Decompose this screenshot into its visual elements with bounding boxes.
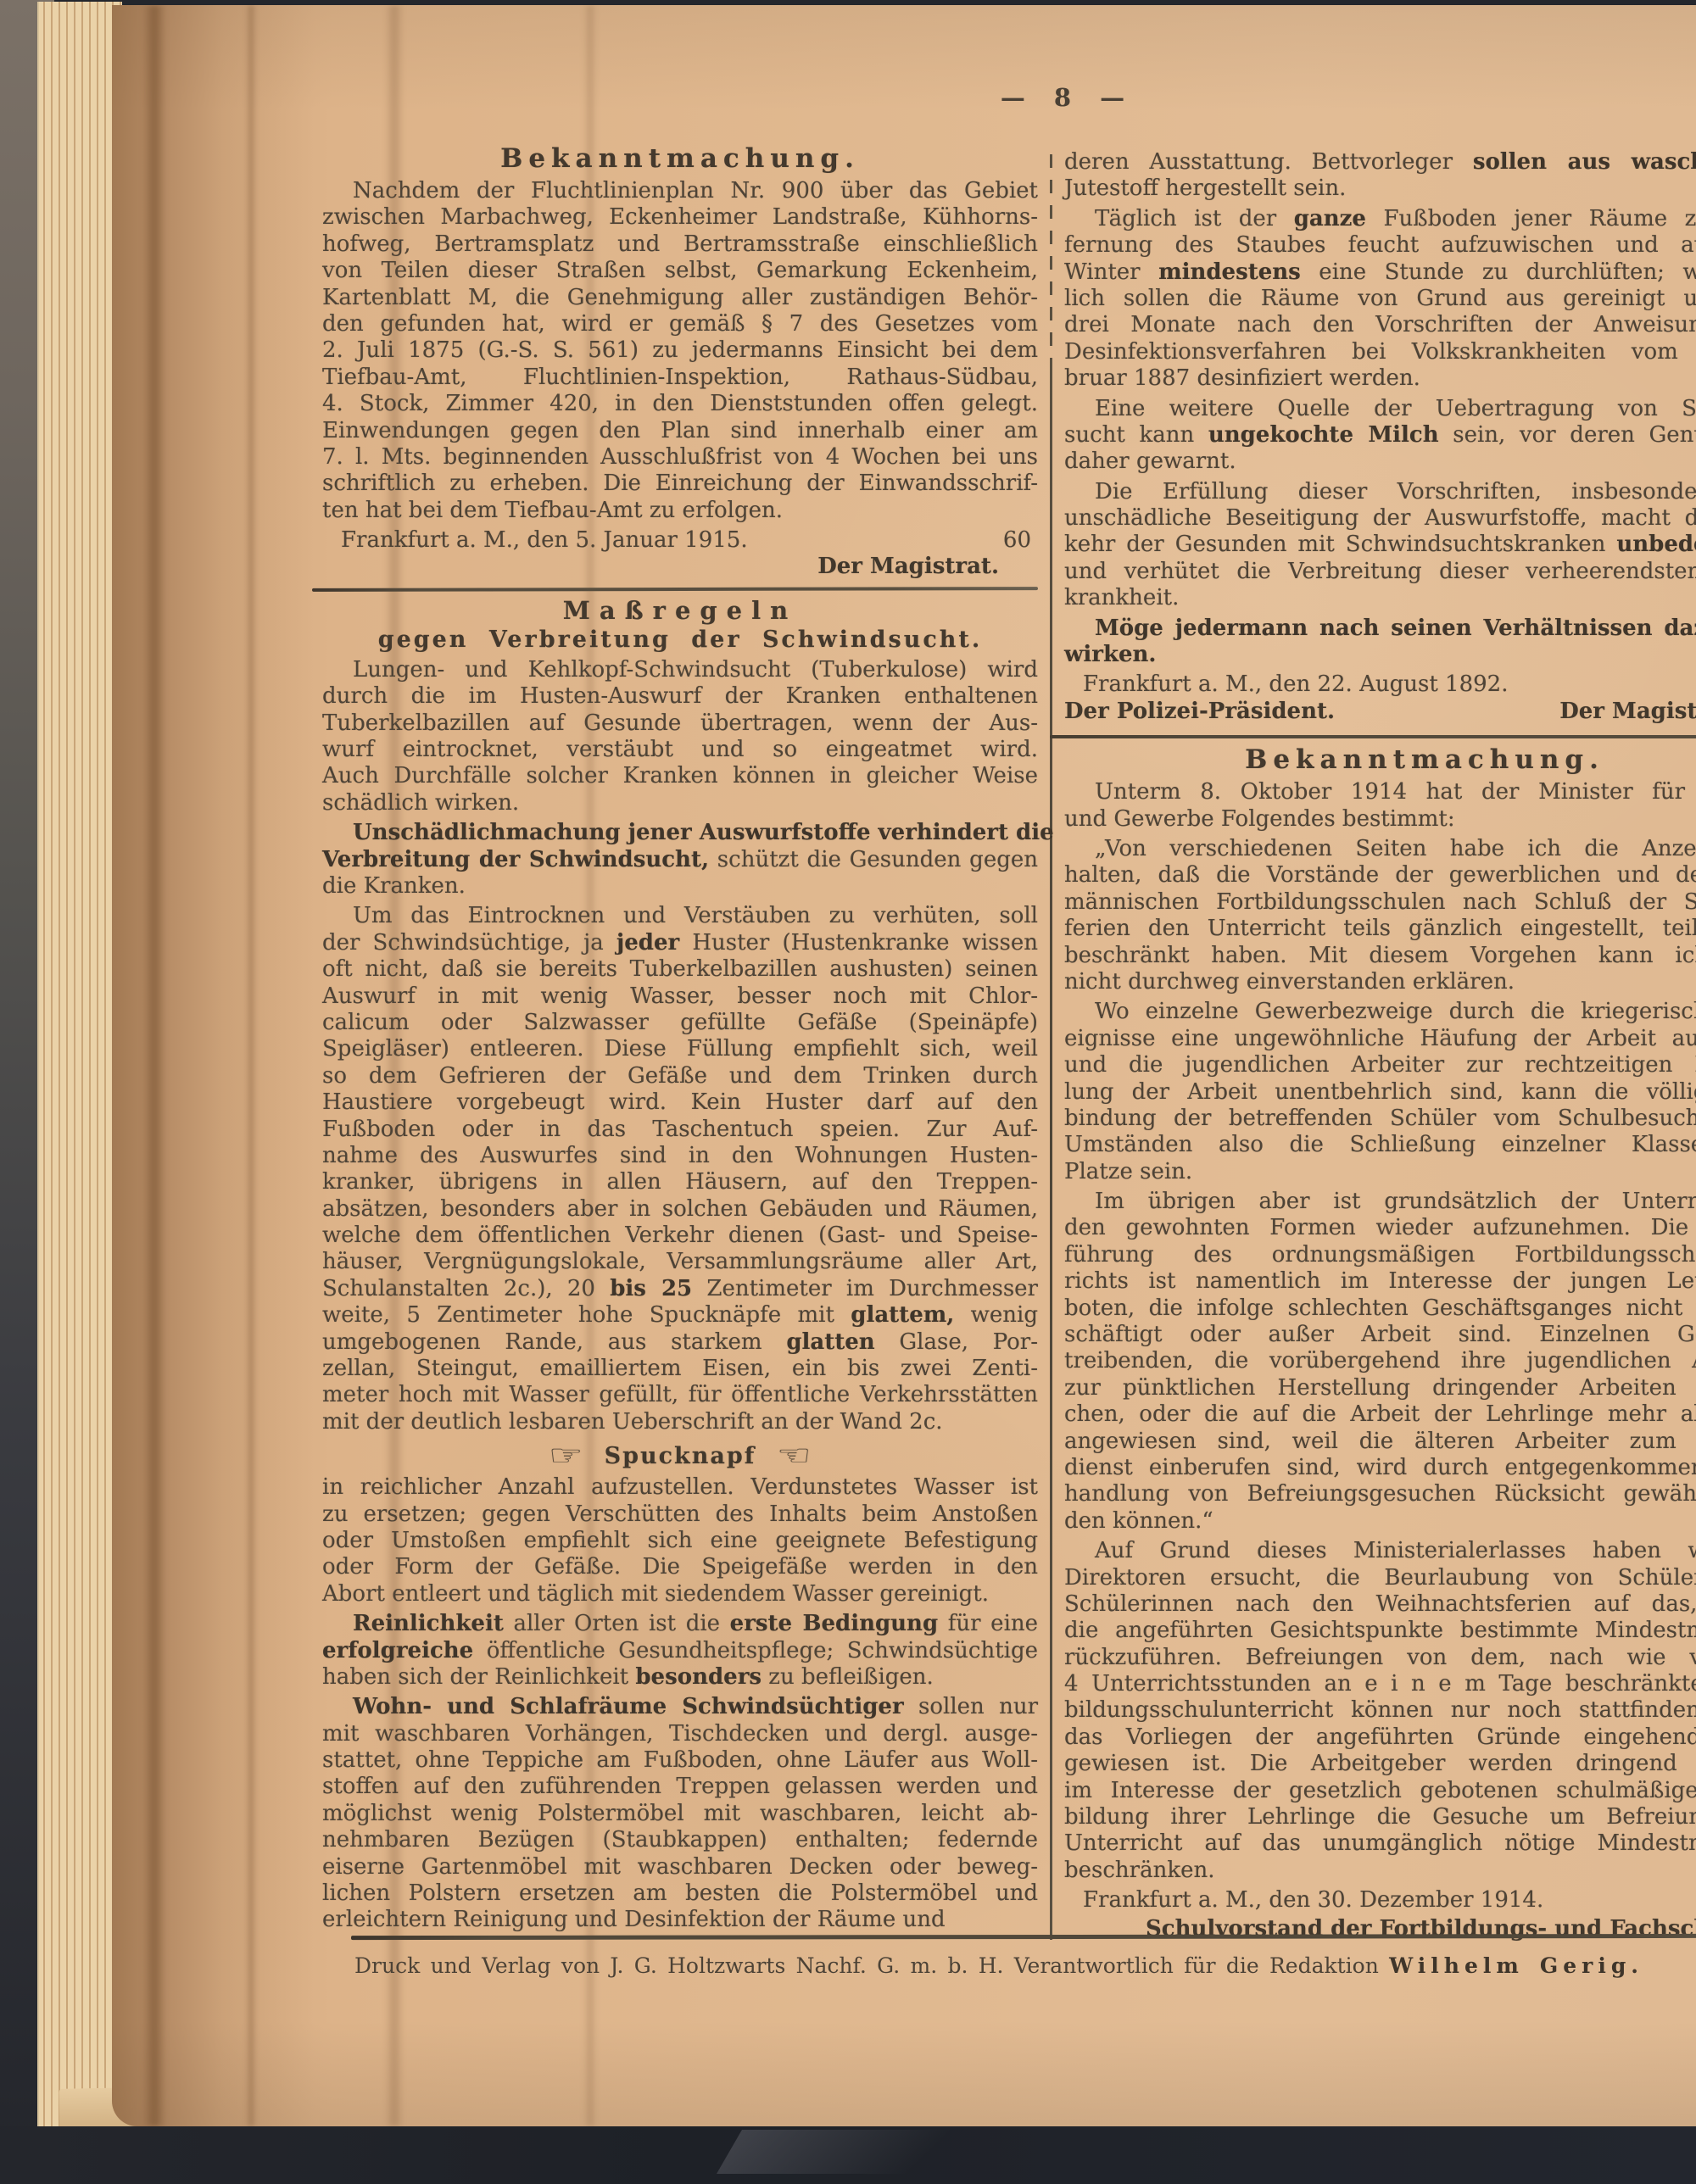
article2-paragraph-1: Lungen- und Kehlkopf-Schwindsucht (Tuber… bbox=[322, 657, 1038, 816]
right-dateline-2-text: Frankfurt a. M., den 30. Dezember 1914. bbox=[1083, 1887, 1543, 1914]
article2-paragraph-6: Wohn- und Schlafräume Schwindsüchtiger s… bbox=[322, 1694, 1038, 1934]
page-number-dash-right: — bbox=[1100, 83, 1124, 112]
column-divider bbox=[1050, 358, 1052, 1940]
manicule-left-icon: ☜ bbox=[777, 1439, 812, 1473]
article2-heading-line1: Maßregeln bbox=[322, 596, 1038, 625]
imprint-line: Druck und Verlag von J. G. Holtzwarts Na… bbox=[354, 1952, 1643, 1981]
right-signature-row: Der Polizei-Präsident. Der Magistrat. bbox=[1064, 699, 1696, 725]
article2-paragraph-4: in reichlicher Anzahl aufzustellen. Verd… bbox=[322, 1474, 1038, 1607]
scanned-book-page: { "colors":{"paper":"#ddb389","ink":"#4e… bbox=[0, 0, 1696, 2184]
newspaper-page: — 8 — Bekanntmachung. Nachdem der Flucht… bbox=[112, 5, 1696, 2126]
page-number: — 8 — bbox=[957, 83, 1169, 112]
police-president-signature: Der Polizei-Präsident. bbox=[1064, 699, 1335, 725]
page-number-value: 8 bbox=[1054, 83, 1071, 112]
article2-paragraph-3: Um das Eintrocknen und Verstäuben zu ver… bbox=[322, 903, 1038, 1435]
gutter-streak bbox=[246, 5, 256, 2126]
page-number-dash-left: — bbox=[1001, 83, 1025, 112]
article2-paragraph-2: Unschädlichmachung jener Auswurfstoffe v… bbox=[322, 820, 1038, 900]
right-paragraph-4: Die Erfüllung dieser Vorschriften, insbe… bbox=[1064, 479, 1696, 612]
right-paragraph-11: Im übrigen aber ist grundsätzlich der Un… bbox=[1064, 1189, 1696, 1535]
article1-dateline-row: Frankfurt a. M., den 5. Januar 1915. 60 bbox=[322, 527, 1038, 554]
article2-paragraph-5: Reinlichkeit aller Orten ist die erste B… bbox=[322, 1611, 1038, 1691]
right-paragraph-3: Eine weitere Quelle der Uebertragung von… bbox=[1064, 396, 1696, 476]
right-paragraph-1: deren Ausstattung. Bettvorleger sollen a… bbox=[1064, 149, 1696, 203]
left-column: Bekanntmachung. Nachdem der Fluchtlinien… bbox=[322, 142, 1038, 1937]
article1-signature: Der Magistrat. bbox=[322, 554, 1038, 580]
article1-dateline: Frankfurt a. M., den 5. Januar 1915. bbox=[341, 527, 748, 554]
section-rule bbox=[312, 587, 1038, 592]
column-divider-dashed bbox=[1050, 154, 1052, 358]
right-paragraph-9: „Von verschiedenen Seiten habe ich die A… bbox=[1064, 836, 1696, 995]
article1-heading: Bekanntmachung. bbox=[322, 142, 1038, 175]
book-cover-sheen bbox=[717, 2130, 1022, 2174]
article2-heading-line2: gegen Verbreitung der Schwindsucht. bbox=[322, 625, 1038, 655]
article1-body: Nachdem der Fluchtlinienplan Nr. 900 übe… bbox=[322, 178, 1038, 524]
right-paragraph-5: Möge jedermann nach seinen Verhältnissen… bbox=[1064, 616, 1696, 669]
right-paragraph-10: Wo einzelne Gewerbezweige durch die krie… bbox=[1064, 999, 1696, 1185]
manicule-right-icon: ☞ bbox=[549, 1439, 583, 1473]
spucknapf-ornament-line: ☞ Spucknapf ☜ bbox=[322, 1439, 1038, 1473]
right-dateline-2: Frankfurt a. M., den 30. Dezember 1914. bbox=[1064, 1887, 1696, 1914]
right-dateline-1-text: Frankfurt a. M., den 22. August 1892. bbox=[1083, 671, 1508, 698]
article1-ref-number: 60 bbox=[1003, 527, 1038, 554]
spucknapf-label: Spucknapf bbox=[605, 1443, 756, 1469]
section-rule-right bbox=[1050, 735, 1696, 738]
magistrat-signature: Der Magistrat. bbox=[1559, 699, 1696, 725]
right-article-heading: Bekanntmachung. bbox=[1064, 744, 1696, 776]
right-paragraph-12: Auf Grund dieses Ministerialerlasses hab… bbox=[1064, 1538, 1696, 1884]
gutter-streak bbox=[142, 5, 166, 2126]
right-column: deren Ausstattung. Bettvorleger sollen a… bbox=[1064, 149, 1696, 1942]
right-paragraph-8: Unterm 8. Oktober 1914 hat der Minister … bbox=[1064, 779, 1696, 833]
right-paragraph-2: Täglich ist der ganze Fußboden jener Räu… bbox=[1064, 206, 1696, 393]
page-edge-stack bbox=[37, 2, 122, 2138]
right-dateline-1: Frankfurt a. M., den 22. August 1892. bbox=[1064, 671, 1696, 698]
